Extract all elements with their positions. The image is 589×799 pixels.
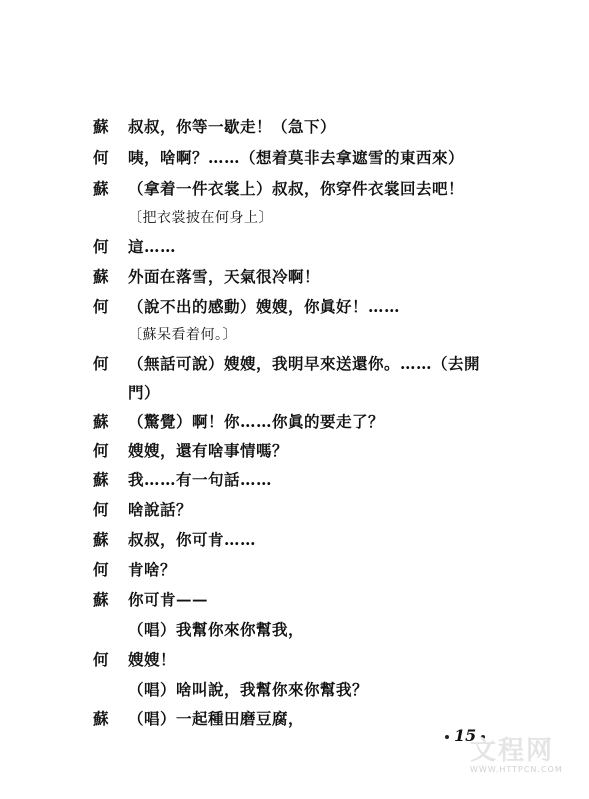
line-text: 肯啥？ [128, 559, 176, 581]
speaker-name: 何 [93, 296, 115, 318]
line-text: 〔把衣裳披在何身上〕 [128, 207, 273, 229]
line-text: （無話可說）嫂嫂，我明早來送還你。……（去開 [128, 353, 480, 375]
line-text: 叔叔，你等一歇走！（急下） [128, 116, 336, 138]
line-text: 咦，啥啊？……（想着莫非去拿遮雪的東西來） [128, 147, 464, 169]
line-text: （驚覺）啊！你……你眞的要走了？ [128, 411, 384, 433]
line-text: （拿着一件衣裳上）叔叔，你穿件衣裳回去吧！ [128, 178, 464, 200]
line-text: 你可肯—— [128, 589, 208, 611]
speaker-name: 何 [93, 353, 115, 375]
bullet-icon [445, 735, 449, 739]
speaker-name: 蘇 [93, 178, 115, 200]
speaker-name: 何 [93, 559, 115, 581]
line-text: 門） [128, 382, 160, 404]
line-text: 嫂嫂！ [128, 649, 176, 671]
line-text: （唱）一起種田磨豆腐， [128, 708, 304, 730]
watermark-url: WWW.HTTPCN.COM [470, 765, 563, 774]
line-text: 嫂嫂，還有啥事情嗎？ [128, 440, 288, 462]
line-text: 叔叔，你可肯…… [128, 529, 256, 551]
line-text: （說不出的感動）嫂嫂，你眞好！…… [128, 296, 400, 318]
speaker-name: 蘇 [93, 266, 115, 288]
speaker-name: 蘇 [93, 411, 115, 433]
speaker-name: 何 [93, 649, 115, 671]
line-text: 啥說話？ [128, 499, 192, 521]
line-text: （唱）我幫你來你幫我， [128, 619, 304, 641]
line-text: 這…… [128, 236, 176, 258]
speaker-name: 蘇 [93, 529, 115, 551]
speaker-name: 何 [93, 236, 115, 258]
line-text: （唱）啥叫說，我幫你來你幫我？ [128, 679, 368, 701]
speaker-name: 蘇 [93, 116, 115, 138]
speaker-name: 何 [93, 499, 115, 521]
line-text: 我……有一句話…… [128, 469, 272, 491]
watermark: 文程网 WWW.HTTPCN.COM [470, 730, 563, 774]
speaker-name: 蘇 [93, 469, 115, 491]
script-page: 蘇叔叔，你等一歇走！（急下）何咦，啥啊？……（想着莫非去拿遮雪的東西來）蘇（拿着… [0, 0, 589, 799]
line-text: 〔蘇呆看着何。〕 [128, 324, 237, 346]
line-text: 外面在落雪，天氣很冷啊！ [128, 266, 320, 288]
speaker-name: 蘇 [93, 708, 115, 730]
speaker-name: 蘇 [93, 589, 115, 611]
speaker-name: 何 [93, 147, 115, 169]
speaker-name: 何 [93, 440, 115, 462]
watermark-title: 文程网 [470, 736, 554, 766]
